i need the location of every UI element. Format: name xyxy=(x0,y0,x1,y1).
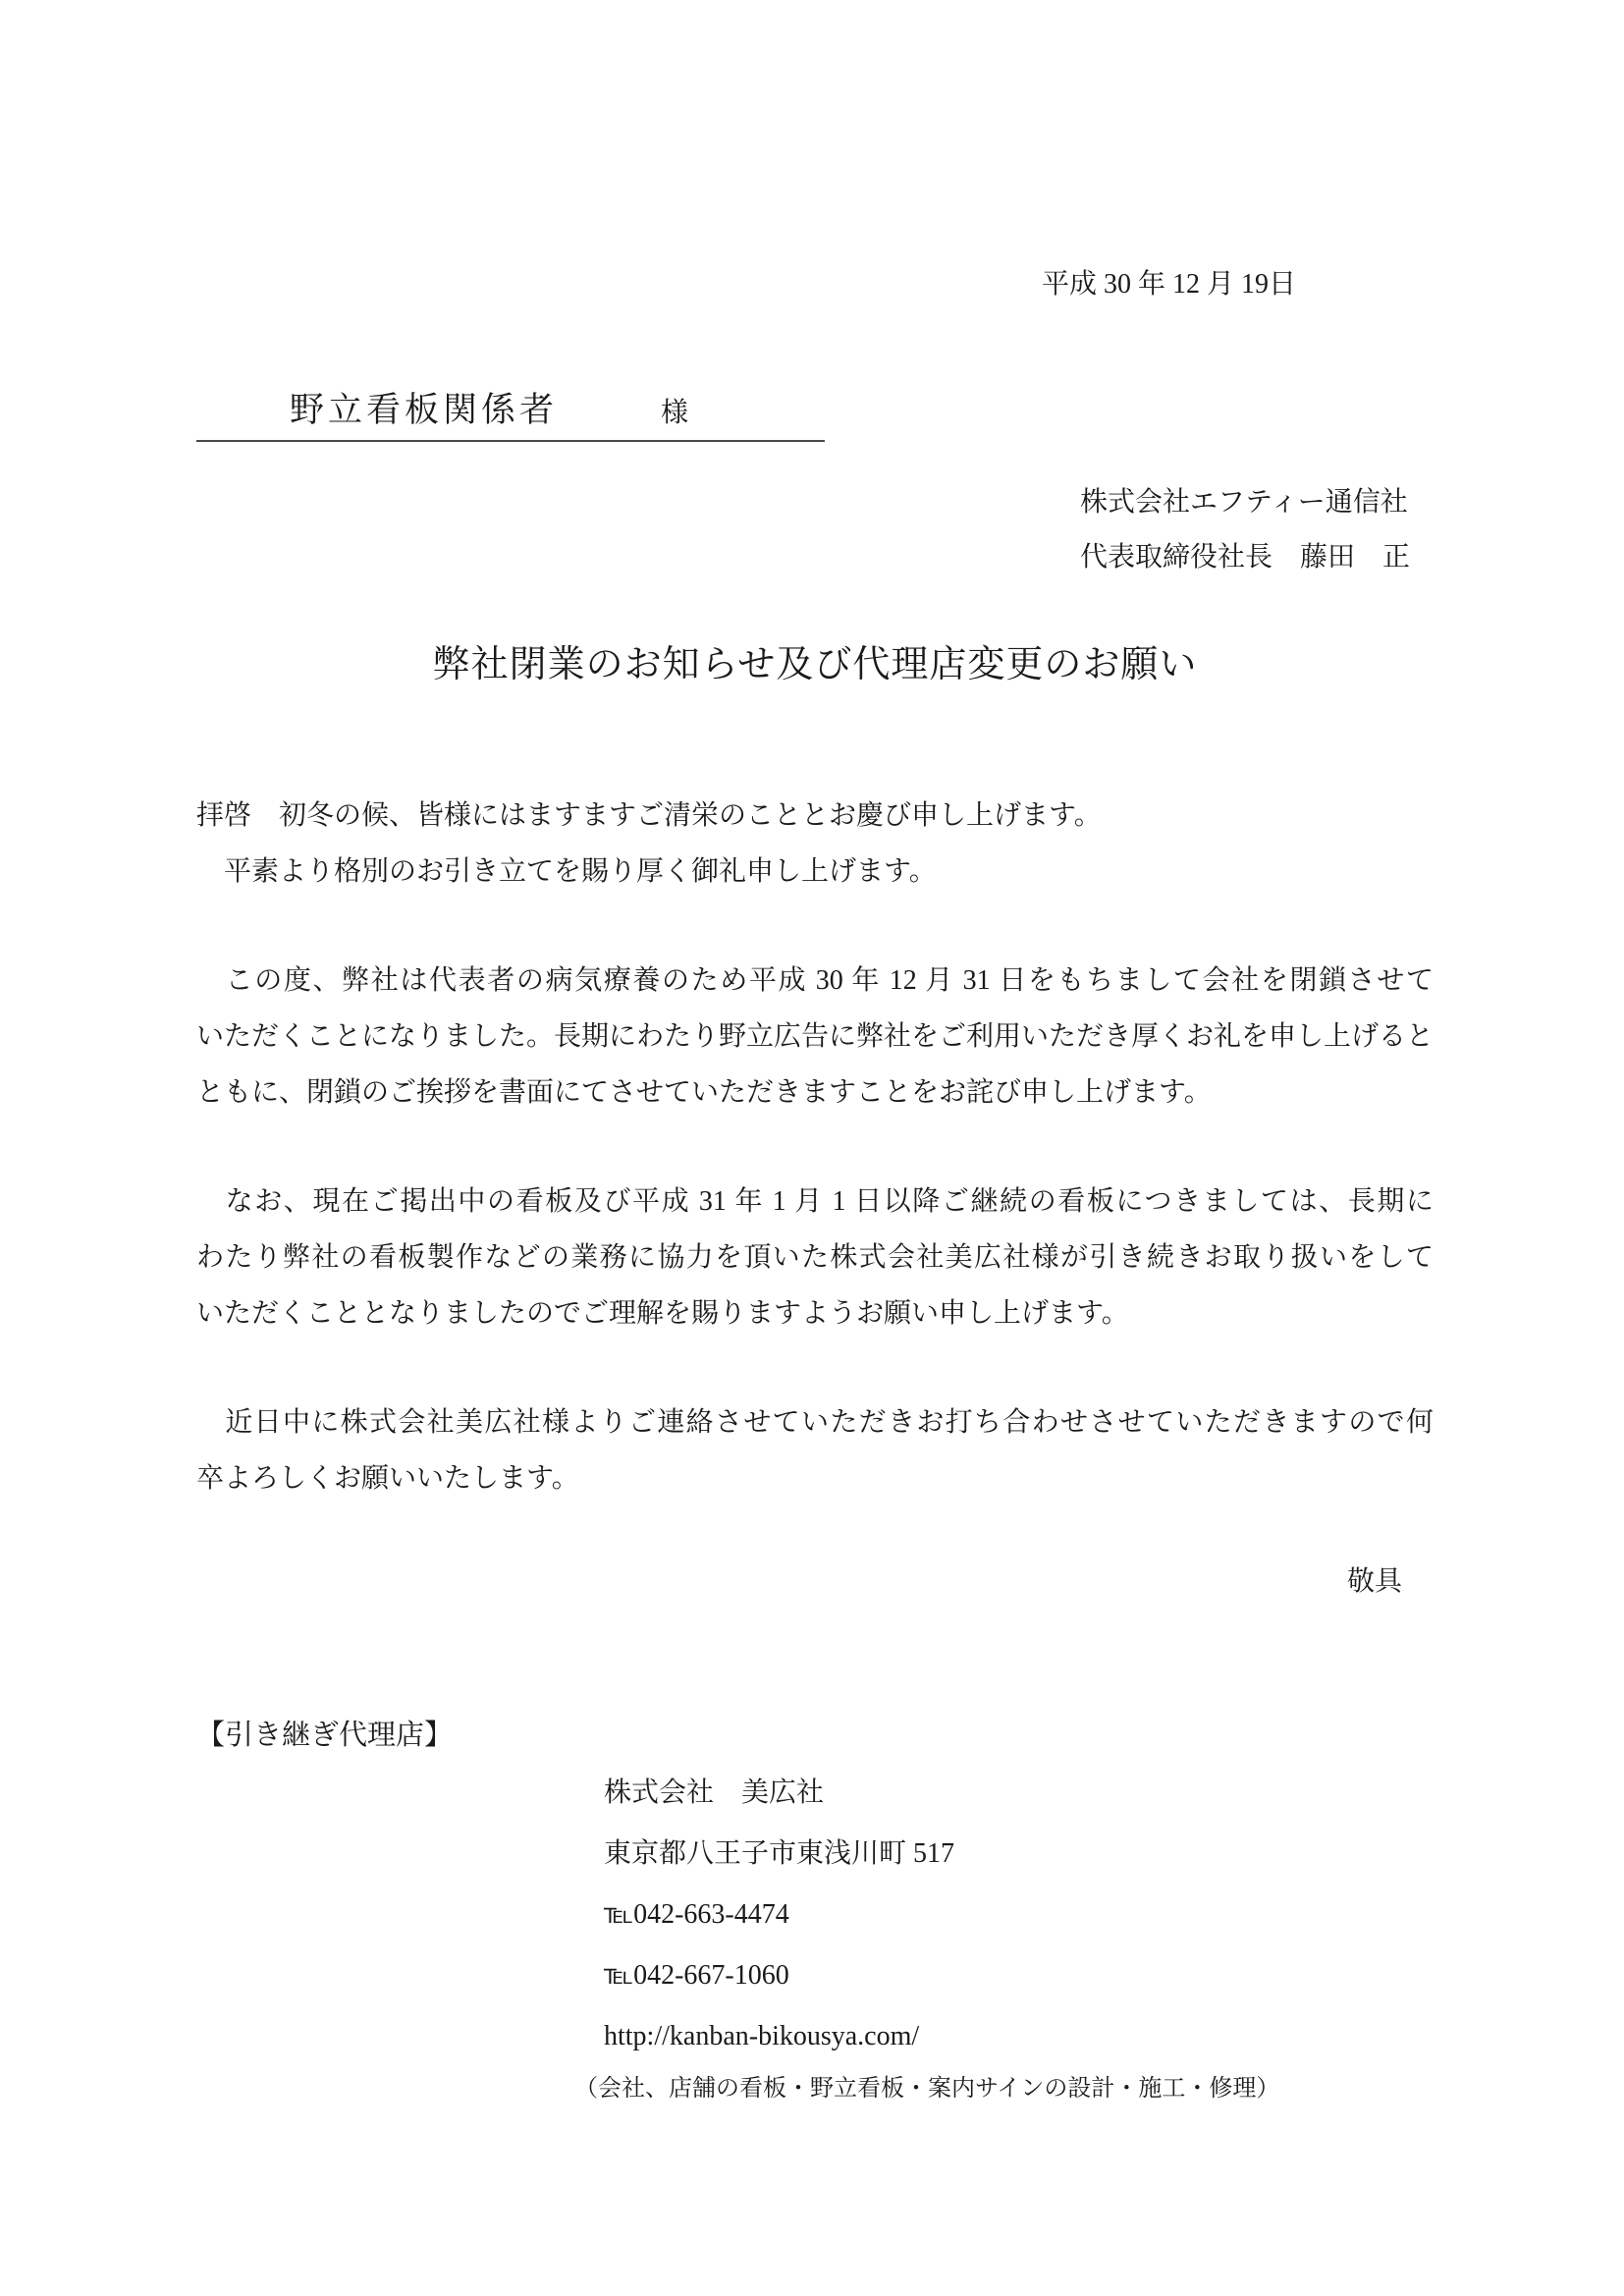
body-line: ともに、閉鎖のご挨拶を書面にてさせていただきますことをお詫び申し上げます。 xyxy=(196,1065,1434,1121)
body-line: 近日中に株式会社美広社様よりご連絡させていただきお打ち合わせさせていただきますの… xyxy=(196,1394,1434,1450)
body-line: わたり弊社の看板製作などの業務に協力を頂いた株式会社美広社様が引き続きお取り扱い… xyxy=(196,1230,1434,1285)
successor-address: 東京都八王子市東浅川町 517 xyxy=(604,1824,1434,1885)
successor-description: （会社、店舗の看板・野立看板・案内サインの設計・施工・修理） xyxy=(574,2067,1434,2110)
recipient-honorific: 様 xyxy=(661,398,688,428)
successor-url: http://kanban-bikousya.com/ xyxy=(604,2006,1434,2067)
body-line: この度、弊社は代表者の病気療養のため平成 30 年 12 月 31 日をもちまし… xyxy=(196,953,1434,1009)
body-line: 拝啓 初冬の候、皆様にはますますご清栄のこととお慶び申し上げます。 xyxy=(196,788,1434,844)
paragraph-successor-info: なお、現在ご掲出中の看板及び平成 31 年 1 月 1 日以降ご継続の看板につき… xyxy=(196,1174,1434,1341)
letter-body: 拝啓 初冬の候、皆様にはますますご清栄のこととお慶び申し上げます。 平素より格別… xyxy=(196,788,1434,1506)
sender-company: 株式会社エフティー通信社 xyxy=(1080,475,1410,530)
paragraph-greeting: 拝啓 初冬の候、皆様にはますますご清栄のこととお慶び申し上げます。 平素より格別… xyxy=(196,788,1434,900)
recipient-line: 野立看板関係者様 xyxy=(196,383,825,442)
paragraph-contact-notice: 近日中に株式会社美広社様よりご連絡させていただきお打ち合わせさせていただきますの… xyxy=(196,1394,1434,1506)
body-line: いただくことになりました。長期にわたり野立広告に弊社をご利用いただき厚くお礼を申… xyxy=(196,1009,1434,1065)
successor-tel-1: ℡042-663-4474 xyxy=(604,1885,1434,1945)
successor-block: 株式会社 美広社 東京都八王子市東浅川町 517 ℡042-663-4474 ℡… xyxy=(604,1763,1434,2067)
recipient-name: 野立看板関係者 xyxy=(290,391,558,429)
body-line: いただくこととなりましたのでご理解を賜りますようお願い申し上げます。 xyxy=(196,1285,1434,1341)
letter-date: 平成 30 年 12 月 19日 xyxy=(196,0,1434,302)
closing-keigu: 敬具 xyxy=(196,1554,1434,1610)
letter-page: 平成 30 年 12 月 19日 野立看板関係者様 株式会社エフティー通信社 代… xyxy=(0,0,1624,2296)
sender-block: 株式会社エフティー通信社 代表取締役社長 藤田 正 xyxy=(1080,475,1410,585)
body-line: 卒よろしくお願いいたします。 xyxy=(196,1450,1434,1506)
sender-representative: 代表取締役社長 藤田 正 xyxy=(1080,530,1410,585)
body-line: 平素より格別のお引き立てを賜り厚く御礼申し上げます。 xyxy=(196,844,1434,900)
paragraph-closure-notice: この度、弊社は代表者の病気療養のため平成 30 年 12 月 31 日をもちまし… xyxy=(196,953,1434,1121)
successor-company: 株式会社 美広社 xyxy=(604,1763,1434,1824)
body-line: なお、現在ご掲出中の看板及び平成 31 年 1 月 1 日以降ご継続の看板につき… xyxy=(196,1174,1434,1230)
successor-tel-2: ℡042-667-1060 xyxy=(604,1945,1434,2006)
letter-title: 弊社閉業のお知らせ及び代理店変更のお願い xyxy=(196,640,1434,689)
successor-heading: 【引き継ぎ代理店】 xyxy=(196,1716,1434,1755)
